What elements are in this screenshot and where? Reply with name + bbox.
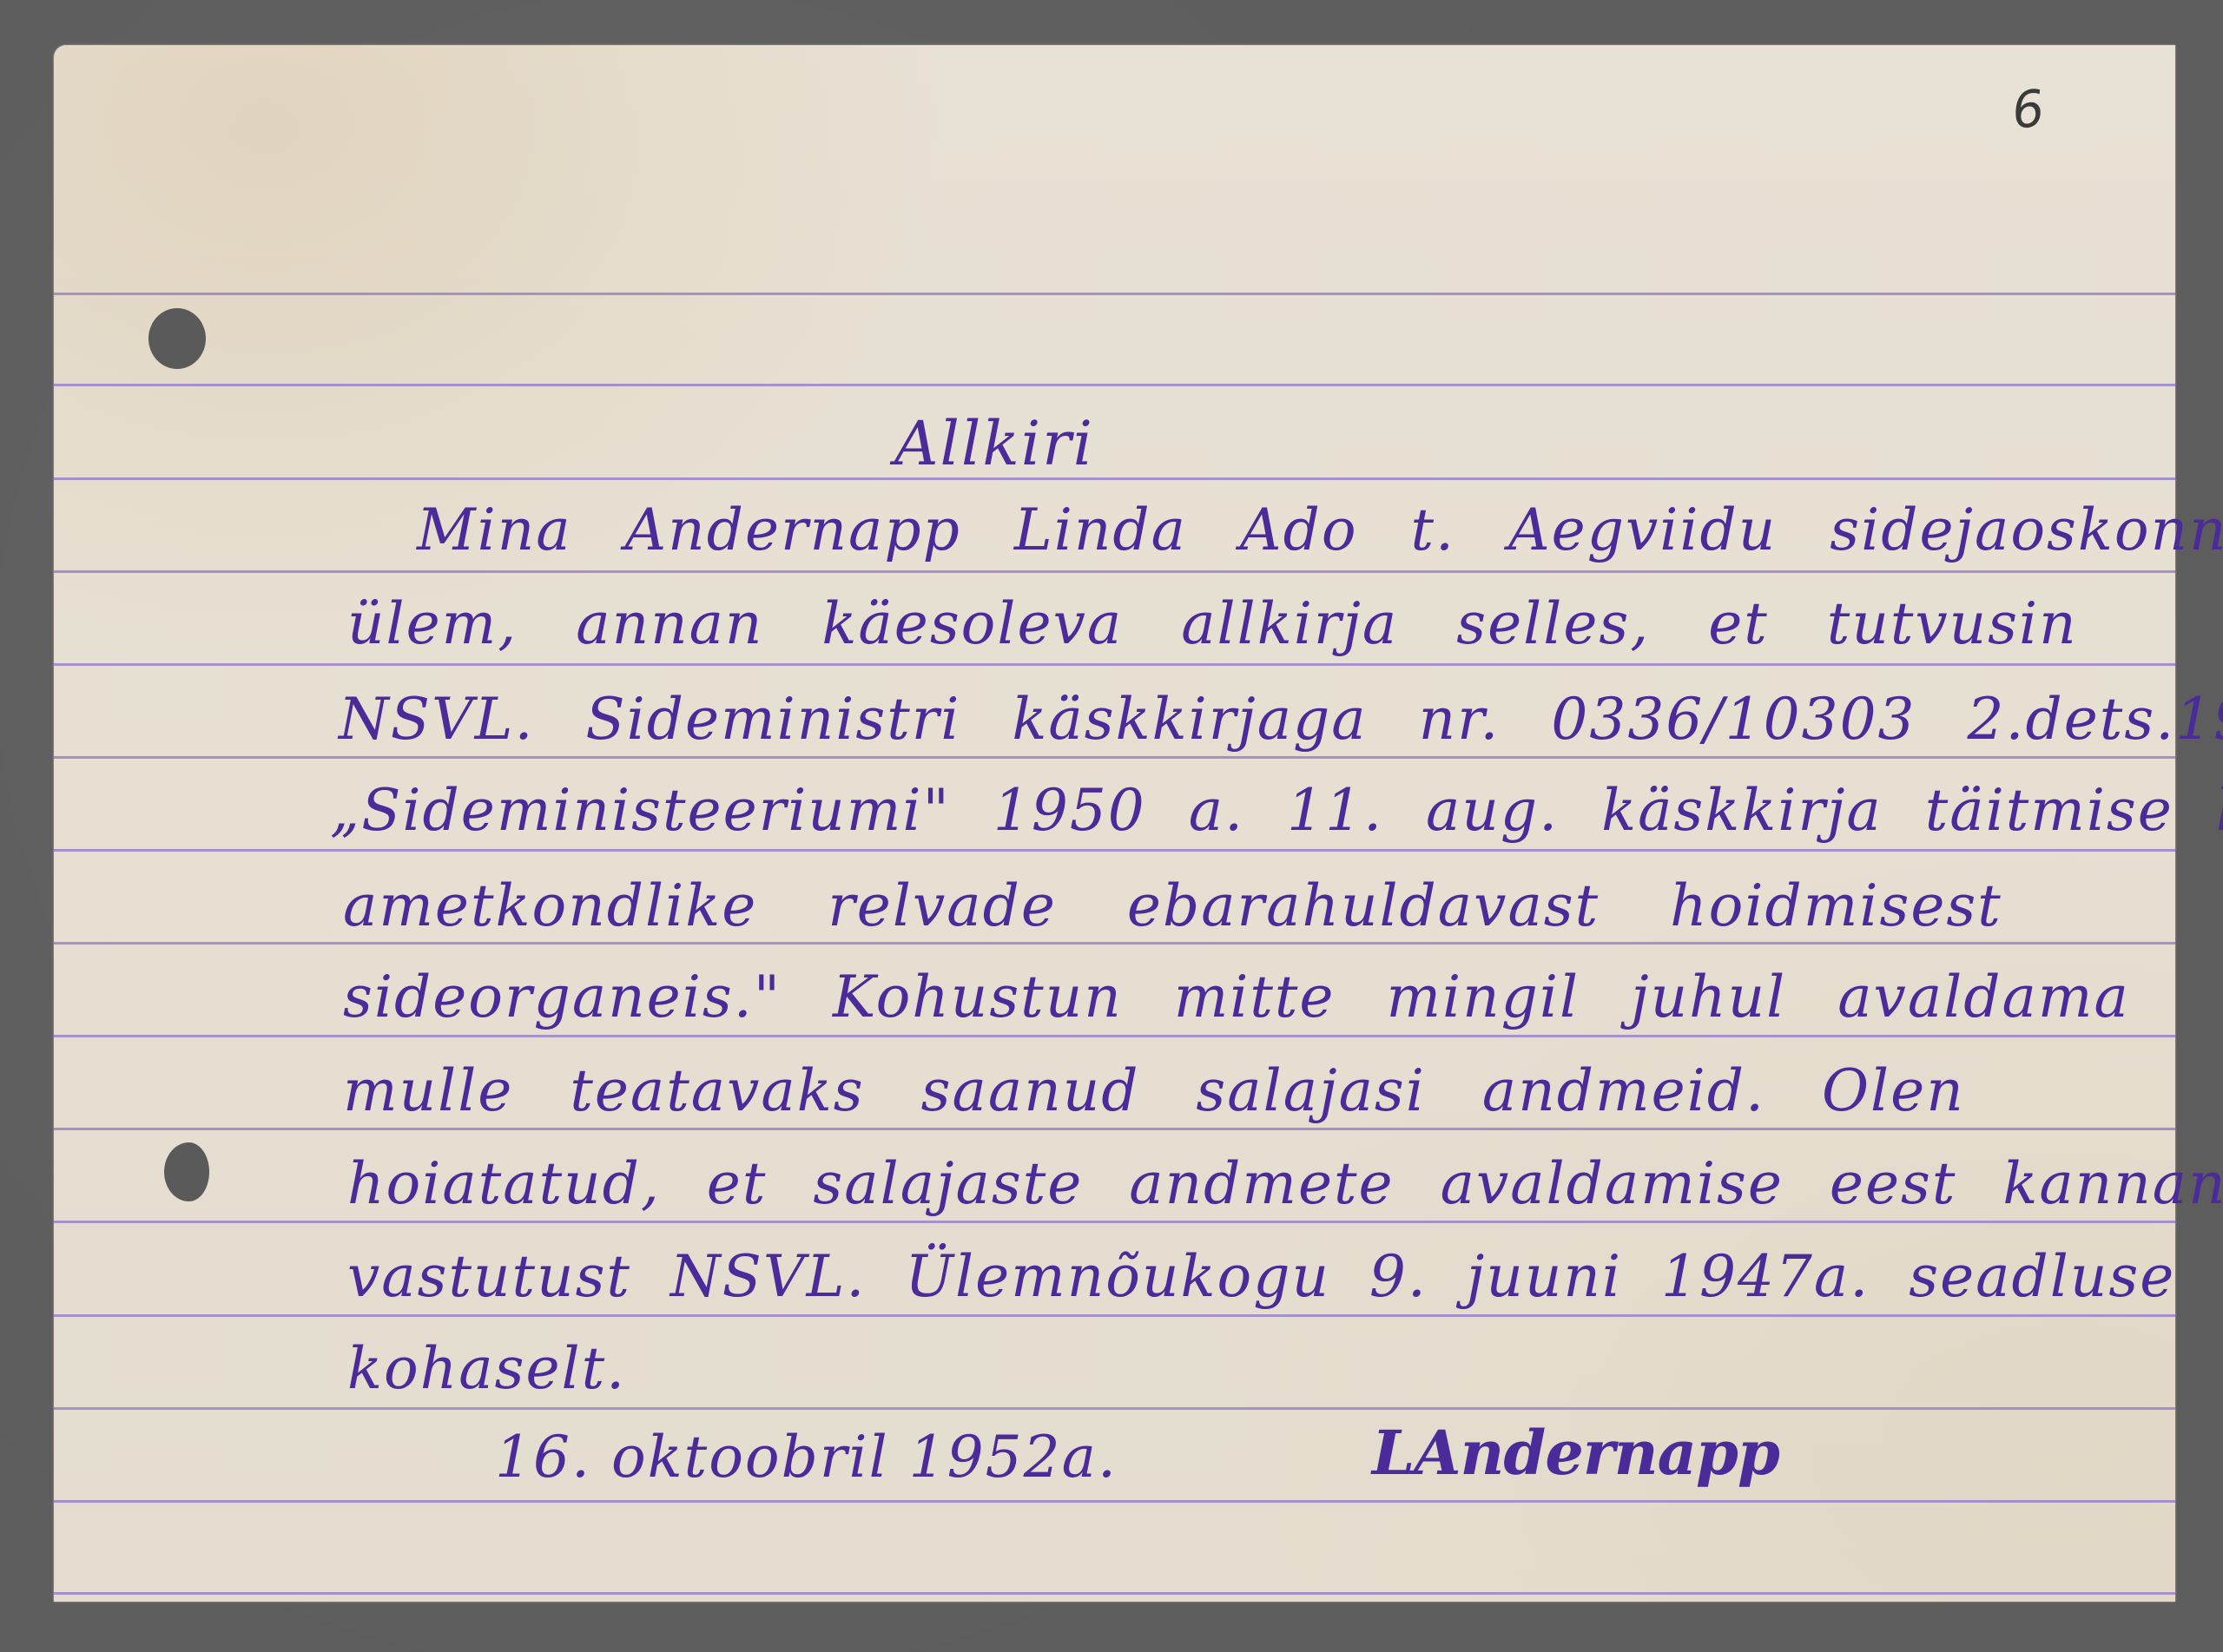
punch-hole-top [148, 308, 206, 369]
text-line-3: NSVL. Sideministri käskkirjaga nr. 0336/… [339, 686, 2223, 753]
document-title: Allkiri [894, 408, 1094, 479]
text-line-7: mulle teatavaks saanud salajasi andmeid.… [343, 1057, 1965, 1124]
text-line-9: vastutust NSVL. Ülemnõukogu 9. juuni 194… [347, 1243, 2175, 1310]
rule-line [54, 663, 2175, 666]
page-number: 6 [2009, 78, 2048, 140]
rule-line [54, 1314, 2175, 1317]
text-line-1: Mina Andernapp Linda Ado t. Aegviidu sid… [417, 497, 2223, 563]
text-line-8: hoiatatud, et salajaste andmete avaldami… [347, 1150, 2223, 1217]
punch-hole-bottom [164, 1142, 209, 1201]
rule-line [54, 942, 2175, 944]
rule-line [54, 1035, 2175, 1037]
document-date: 16. oktoobril 1952a. [495, 1424, 1118, 1491]
rule-line [54, 1407, 2175, 1410]
rule-line [54, 1128, 2175, 1130]
rule-line [54, 293, 2175, 295]
rule-line [54, 477, 2175, 480]
text-line-10: kohaselt. [347, 1335, 626, 1402]
rule-line [54, 1221, 2175, 1223]
text-line-6: sideorganeis." Kohustun mitte mingil juh… [343, 964, 2130, 1030]
rule-line [54, 384, 2175, 386]
text-line-5: ametkondlike relvade ebarahuldavast hoid… [343, 872, 2002, 939]
signature: LAndernapp [1372, 1417, 1779, 1489]
rule-line [54, 570, 2175, 573]
rule-line [54, 756, 2175, 759]
rule-line [54, 1500, 2175, 1503]
rule-line [54, 1592, 2175, 1595]
rule-line [54, 849, 2175, 852]
text-line-2: ülem, annan käesoleva allkirja selles, e… [347, 590, 2078, 657]
text-line-4: „Sideministeeriumi" 1950 a. 11. aug. käs… [330, 777, 2223, 844]
